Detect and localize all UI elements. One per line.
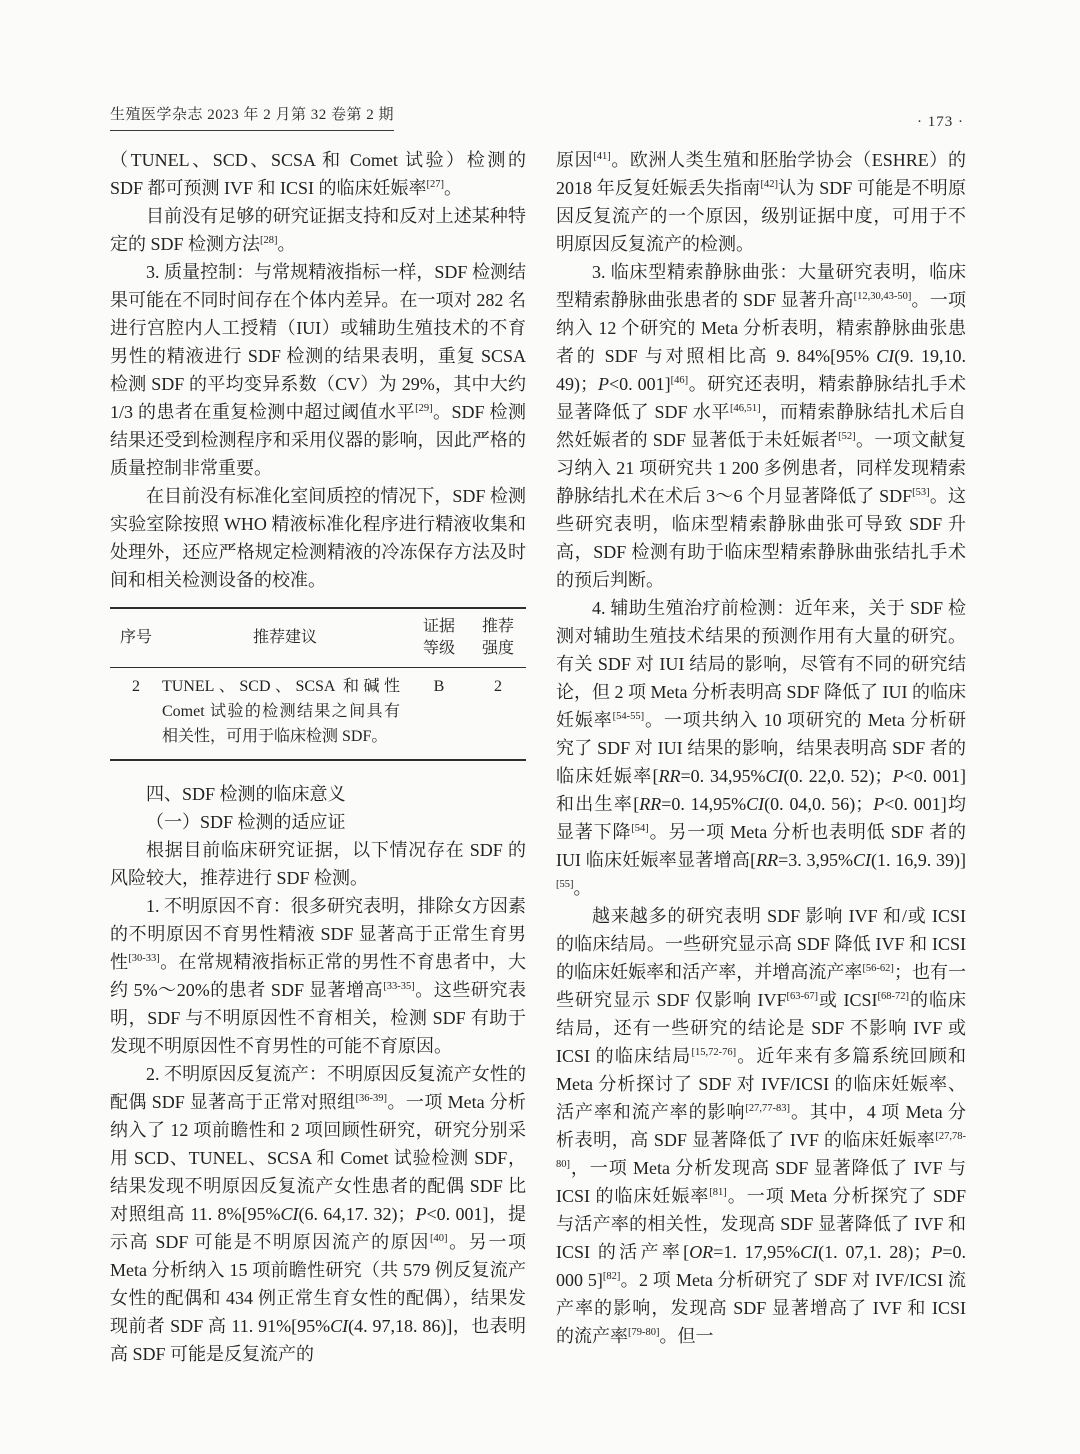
page-header: 生殖医学杂志 2023 年 2 月第 32 卷第 2 期 · 173 · — [110, 103, 964, 131]
paragraph-indications: 根据目前临床研究证据，以下情况存在 SDF 的风险较大，推荐进行 SDF 检测。 — [110, 836, 526, 892]
page-number: · 173 · — [917, 114, 964, 131]
cell-serial: 2 — [110, 668, 162, 761]
journal-title: 生殖医学杂志 2023 年 2 月第 32 卷第 2 期 — [110, 103, 394, 131]
paragraph-ivf-icsi-outcomes: 越来越多的研究表明 SDF 影响 IVF 和/或 ICSI 的临床结局。一些研究… — [556, 902, 966, 1350]
col-header-serial: 序号 — [110, 608, 162, 668]
cell-evidence-level: B — [408, 668, 470, 761]
subsection-heading-indications: （一）SDF 检测的适应证 — [110, 808, 526, 836]
paragraph-varicocele: 3. 临床型精索静脉曲张：大量研究表明，临床型精索静脉曲张患者的 SDF 显著升… — [556, 258, 966, 594]
col-header-recommendation: 推荐建议 — [162, 608, 408, 668]
paragraph-sdf-prediction: （TUNEL、SCD、SCSA 和 Comet 试验）检测的 SDF 都可预测 … — [110, 146, 526, 202]
recommendation-table: 序号 推荐建议 证据 等级 推荐 强度 2 TUNEL、SCD、SCSA 和碱性… — [110, 607, 526, 761]
col-header-strength: 推荐 强度 — [470, 608, 526, 668]
col-header-evidence-level: 证据 等级 — [408, 608, 470, 668]
paragraph-quality-control: 3. 质量控制：与常规精液指标一样，SDF 检测结果可能在不同时间存在个体内差异… — [110, 258, 526, 482]
section-heading-clinical-significance: 四、SDF 检测的临床意义 — [110, 780, 526, 808]
right-column: 原因[41]。欧洲人类生殖和胚胎学协会（ESHRE）的 2018 年反复妊娠丢失… — [556, 146, 966, 1350]
table-row: 2 TUNEL、SCD、SCSA 和碱性 Comet 试验的检测结果之间具有相关… — [110, 668, 526, 761]
cell-strength: 2 — [470, 668, 526, 761]
journal-page: 生殖医学杂志 2023 年 2 月第 32 卷第 2 期 · 173 · （TU… — [0, 0, 1080, 1454]
paragraph-unexplained-infertility: 1. 不明原因不育：很多研究表明，排除女方因素的不明原因不育男性精液 SDF 显… — [110, 892, 526, 1060]
paragraph-recurrent-loss: 2. 不明原因反复流产：不明原因反复流产女性的配偶 SDF 显著高于正常对照组[… — [110, 1060, 526, 1368]
left-column: （TUNEL、SCD、SCSA 和 Comet 试验）检测的 SDF 都可预测 … — [110, 146, 526, 1368]
cell-recommendation: TUNEL、SCD、SCSA 和碱性 Comet 试验的检测结果之间具有相关性，… — [162, 668, 408, 761]
paragraph-art-pretesting: 4. 辅助生殖治疗前检测：近年来，关于 SDF 检测对辅助生殖技术结果的预测作用… — [556, 594, 966, 902]
table-header: 序号 推荐建议 证据 等级 推荐 强度 — [110, 608, 526, 668]
paragraph-no-evidence: 目前没有足够的研究证据支持和反对上述某种特定的 SDF 检测方法[28]。 — [110, 202, 526, 258]
paragraph-standardization: 在目前没有标准化室间质控的情况下，SDF 检测实验室除按照 WHO 精液标准化程… — [110, 482, 526, 594]
paragraph-reason-continuation: 原因[41]。欧洲人类生殖和胚胎学协会（ESHRE）的 2018 年反复妊娠丢失… — [556, 146, 966, 258]
